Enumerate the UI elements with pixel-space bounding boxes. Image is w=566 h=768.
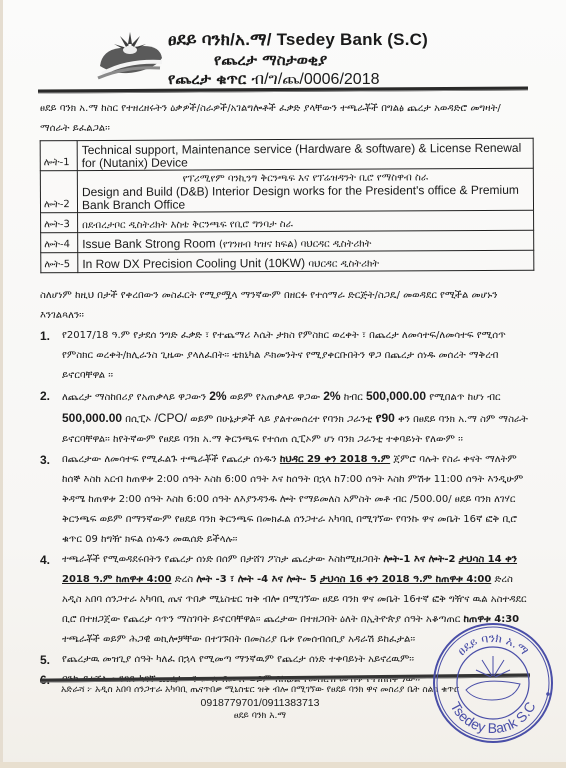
- stamp-top-text: ፀደይ ባንክ አ.ማ: [454, 631, 531, 658]
- lot-description-english: In Row DX Precision Cooling Unit (10KW): [82, 256, 305, 271]
- condition-text: ከብር: [344, 392, 363, 403]
- table-row: ሎት-1 Technical support, Maintenance serv…: [40, 138, 533, 171]
- preamble: ስለሆነም ከዚህ በታች የቀረበውን መስፈርት የሚያሟላ ማንኛውም በ…: [40, 286, 532, 326]
- lot-description-amharic: በደብረታቦር ዲስትሪክት እስቴ ቅርንጫፍ የቢሮ ግንባታ ስራ: [82, 219, 293, 231]
- lot-description: Issue Bank Strong Room (የገንዘብ ካዝና ክፍል) ባ…: [78, 230, 534, 252]
- lot-description-english: Issue Bank Strong Room: [82, 236, 215, 251]
- bid-bond-amount: 500,000.00: [366, 389, 426, 403]
- table-row: ሎት-3 በደብረታቦር ዲስትሪክት እስቴ ቅርንጫፍ የቢሮ ግንባታ ስ…: [41, 210, 534, 233]
- table-row: ሎት-4 Issue Bank Strong Room (የገንዘብ ካዝና ክ…: [41, 230, 534, 253]
- svg-text:Tsedey Bank S.C: Tsedey Bank S.C: [447, 699, 538, 736]
- condition-item: 3. በጨረታው ለመሳተፍ የሚፈልጉ ተጫራቾች የጨረታ ሰነዱን ከህዳ…: [40, 450, 532, 550]
- official-stamp-icon: ፀደይ ባንክ አ.ማ Tsedey Bank S.C: [430, 620, 556, 746]
- condition-text: ተጫራቾች ወይም ሕጋዊ ወኪሎቻቸው በተገኙበት በመስሪያ ቤቱ የመሰ…: [62, 634, 415, 645]
- guarantee-days: የ90: [376, 411, 395, 425]
- intro-paragraph: ፀደይ ባንክ አ.ማ ከስር የተዘረዘሩትን ዕቃዎች/ስራዎች/አገልግሎ…: [40, 99, 530, 139]
- condition-text: የጨረታዉ መዝጊያ ሰዓት ካለፈ በኋላ የሚመጣ ማንኛዉም የጨረታ ሰ…: [62, 654, 414, 665]
- scan-edge: [0, 762, 566, 768]
- closing-date-b: ታህሳስ 16 ቀን 2018 ዓ.ም ከጠዋቱ 4:00: [320, 574, 491, 585]
- bid-bond-amount: 500,000.00: [62, 411, 122, 425]
- condition-item: 1. የ2017/18 ዓ.ም የታደሰ ንግድ ፈቃድ ፣ የተጨማሪ እሴት…: [40, 326, 532, 386]
- bid-bond-percent: 2%: [323, 389, 340, 403]
- footer: አድራሻ ፦ አዲስ አበባ ሰንጋተራ አካባቢ ጤናጥበቃ ሚኒስቴር ዝቅ…: [40, 684, 480, 723]
- table-row: ሎት-2 የፕሪሚየም ባንኪንግ ቅርንጫፍ እና የፕሬዝዳንት ቢሮ የማ…: [40, 168, 533, 213]
- condition-text: ድረስ: [175, 574, 193, 585]
- footer-org: ፀደይ ባንክ አ.ማ: [40, 710, 480, 723]
- lot-description-english: Design and Build (D&B) Interior Design w…: [82, 183, 519, 212]
- condition-text: የሚበልጥ ከሆነ ብር: [429, 392, 500, 403]
- document-page: ፀደይ ባንክ/አ.ማ/ Tsedey Bank (S.C) የጨረታ ማስታወ…: [0, 0, 566, 768]
- cpo-label: /CPO/: [154, 411, 187, 425]
- lot-description: Technical support, Maintenance service (…: [77, 138, 533, 170]
- lot-number: ሎት-2: [40, 171, 77, 213]
- bank-name: ፀደይ ባንክ/አ.ማ/ Tsedey Bank (S.C): [168, 30, 488, 50]
- condition-text: ወይም በሁኔታዎች ላይ ያልተመሰረተ የባንክ ጋራንቲ: [190, 414, 372, 425]
- condition-text: ለጨረታ ማስከበሪያ የአጠቃላይ ዋጋውን: [62, 392, 206, 403]
- condition-text: ጀምሮ ባሉት የስራ ቀናት ማለትም ከሰኞ እስከ አርብ ከጠዋቱ 2:…: [62, 454, 523, 545]
- table-row: ሎት-5 In Row DX Precision Cooling Unit (1…: [41, 250, 534, 273]
- lot-description: በደብረታቦር ዲስትሪክት እስቴ ቅርንጫፍ የቢሮ ግንባታ ስራ: [78, 210, 534, 232]
- condition-text: የ2017/18 ዓ.ም የታደሰ ንግድ ፈቃድ ፣ የተጨማሪ እሴት ታክ…: [62, 330, 506, 381]
- tender-number-value: ብ/ግ/ጨ/0006/2018: [251, 71, 379, 88]
- lot-description: In Row DX Precision Cooling Unit (10KW) …: [78, 250, 534, 272]
- document-sale-start-date: ከህዳር 29 ቀን 2018 ዓ.ም: [280, 454, 390, 465]
- lots-table: ሎት-1 Technical support, Maintenance serv…: [40, 138, 535, 274]
- lot-description: የፕሪሚየም ባንኪንግ ቅርንጫፍ እና የፕሬዝዳንት ቢሮ የማስዋብ ስ…: [77, 168, 533, 212]
- condition-text: በሲፒኦ: [125, 414, 151, 425]
- footer-address: አድራሻ ፦ አዲስ አበባ ሰንጋተራ አካባቢ ጤናጥበቃ ሚኒስቴር ዝቅ…: [40, 684, 480, 697]
- stamp-bottom-text: Tsedey Bank S.C: [447, 699, 538, 736]
- footer-phone: 0918779701/0911383713: [40, 697, 480, 710]
- condition-text: ወይም የአጠቃላይ ዋጋው: [230, 392, 320, 403]
- condition-number: 3.: [40, 450, 50, 470]
- condition-number: 5.: [40, 650, 50, 670]
- tender-number-label: የጨረታ ቁጥር: [168, 70, 246, 88]
- lots-group-a: ሎት-1 እና ሎት-2: [383, 554, 455, 565]
- svg-text:ፀደይ ባንክ አ.ማ: ፀደይ ባንክ አ.ማ: [454, 631, 531, 658]
- lot-number: ሎት-5: [41, 253, 78, 273]
- lot-description-amharic: ባህርዳር ዲስትሪክት: [308, 259, 379, 270]
- lot-number: ሎት-3: [41, 213, 78, 233]
- condition-item: 2. ለጨረታ ማስከበሪያ የአጠቃላይ ዋጋውን 2% ወይም የአጠቃላይ…: [40, 386, 532, 450]
- tsedey-bank-logo-icon: [96, 28, 164, 84]
- bid-bond-percent: 2%: [209, 389, 226, 403]
- lot-number: ሎት-4: [41, 233, 78, 253]
- lots-group-b: ሎት -3 ፣ ሎት -4 እና ሎት- 5: [196, 574, 316, 585]
- condition-text: በጨረታው ለመሳተፍ የሚፈልጉ ተጫራቾች የጨረታ ሰነዱን: [62, 454, 277, 465]
- lot-description-amharic: (የገንዘብ ካዝና ክፍል) ባህርዳር ዲስትሪክት: [219, 239, 371, 251]
- condition-number: 4.: [40, 550, 50, 570]
- condition-number: 1.: [40, 326, 50, 346]
- scan-edge: [0, 0, 3, 768]
- condition-text: ተጫራቾች የሚወዳደሩበትን የጨረታ ሰነድ በሰም በታሸገ ፖስታ ጨረ…: [62, 554, 380, 565]
- letterhead: ፀደይ ባንክ/አ.ማ/ Tsedey Bank (S.C) የጨረታ ማስታወ…: [168, 30, 488, 89]
- lot-number: ሎት-1: [40, 141, 77, 171]
- condition-number: 2.: [40, 386, 50, 406]
- notice-title: የጨረታ ማስታወቂያ: [214, 51, 488, 69]
- header-divider: [38, 87, 528, 94]
